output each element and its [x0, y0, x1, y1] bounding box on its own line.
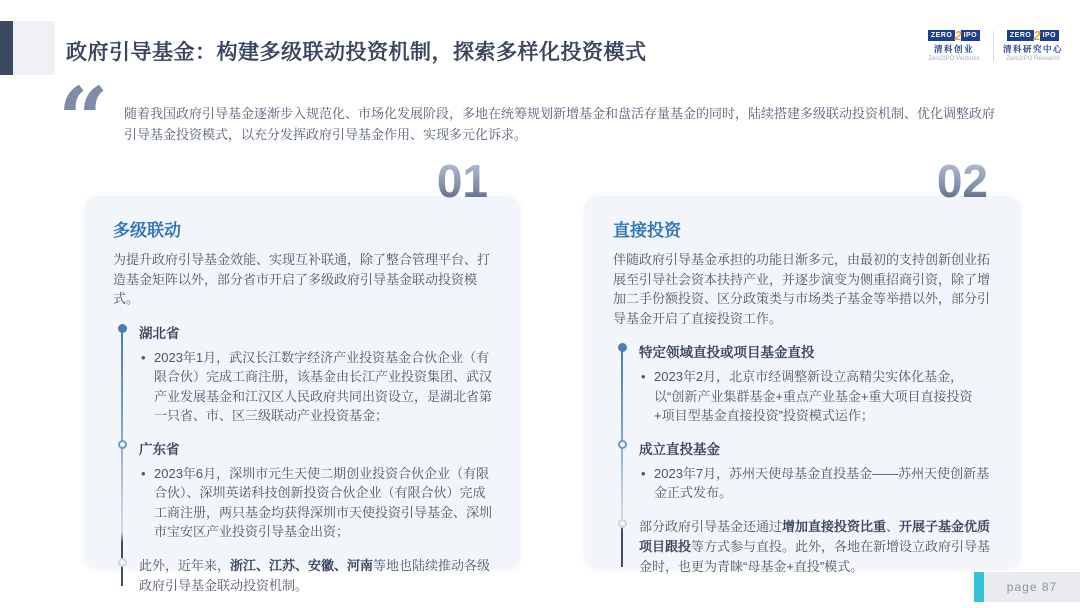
logo-two-text: 2 [1033, 31, 1040, 41]
timeline-heading-text: 广东省 [139, 442, 180, 457]
card-title: 直接投资 [613, 216, 992, 241]
timeline-item-direct-fund: 成立直投基金 2023年7月，苏州天使母基金直投基金——苏州天使创新基金正式发布… [639, 438, 992, 503]
quote-icon: “ [58, 90, 124, 148]
timeline-dot-filled-icon [618, 343, 627, 352]
logo-cn-label: 清科研究中心 [1003, 43, 1063, 55]
brand-logos: ZERO2IPO 清科创业 Zero2IPO Ventures ZERO2IPO… [923, 30, 1064, 62]
logo-en-label: Zero2IPO Research [1006, 56, 1059, 62]
timeline-heading-text: 成立直投基金 [639, 442, 720, 457]
timeline-bullet: 2023年7月，苏州天使母基金直投基金——苏州天使创新基金正式发布。 [639, 464, 992, 503]
intro-quote-block: “ 随着我国政府引导基金逐渐步入规范化、市场化发展阶段，多地在统筹规划新增基金和… [58, 90, 1018, 148]
timeline-heading: 湖北省 [139, 322, 492, 342]
timeline-dot-hollow-icon [118, 440, 127, 449]
timeline: 湖北省 2023年1月，武汉长江数字经济产业投资基金合伙企业（有限合伙）完成工商… [118, 322, 492, 596]
card-number-02: 02 [937, 154, 988, 208]
zero2ipo-ventures-logo: ZERO2IPO 清科创业 Zero2IPO Ventures [923, 30, 985, 62]
timeline-item-hubei: 湖北省 2023年1月，武汉长江数字经济产业投资基金合伙企业（有限合伙）完成工商… [139, 322, 492, 426]
timeline-dot-faint-icon [118, 558, 127, 567]
timeline-heading: 广东省 [139, 438, 492, 458]
card-title: 多级联动 [113, 216, 492, 241]
zero2ipo-badge-icon: ZERO2IPO [1007, 30, 1059, 41]
page-title: 政府引导基金：构建多级联动投资机制，探索多样化投资模式 [66, 36, 647, 66]
card-footnote: 此外，近年来，浙江、江苏、安徽、河南等地也陆续推动各级政府引导基金联动投资机制。 [139, 554, 492, 596]
timeline-heading-text: 湖北省 [139, 326, 180, 341]
logo-ipo-text: IPO [1040, 30, 1060, 41]
timeline-line [621, 348, 623, 567]
logo-zero-text: ZERO [1007, 30, 1034, 41]
card-multilevel-linkage: 01 多级联动 为提升政府引导基金效能、实现互补联通，除了整合管理平台、打造基金… [85, 196, 520, 567]
timeline-bullet: 2023年6月，深圳市元生天使二期创业投资合伙企业（有限合伙）、深圳英诺科技创新… [139, 464, 492, 542]
timeline-dot-faint-icon [618, 519, 627, 528]
card-number-01: 01 [437, 154, 488, 208]
zero2ipo-badge-icon: ZERO2IPO [928, 30, 980, 41]
timeline-dot-filled-icon [118, 324, 127, 333]
timeline-item-specific-field: 特定领域直投或项目基金直投 2023年2月，北京市经调整新设立高精尖实体化基金，… [639, 341, 992, 426]
timeline: 特定领域直投或项目基金直投 2023年2月，北京市经调整新设立高精尖实体化基金，… [618, 341, 992, 577]
intro-quote-text: 随着我国政府引导基金逐渐步入规范化、市场化发展阶段，多地在统筹规划新增基金和盘活… [124, 90, 1004, 148]
card-intro: 伴随政府引导基金承担的功能日渐多元，由最初的支持创新创业拓展至引导社会资本扶持产… [613, 250, 992, 328]
logo-zero-text: ZERO [928, 30, 955, 41]
logo-en-label: Zero2IPO Ventures [928, 56, 979, 62]
card-direct-investment: 02 直接投资 伴随政府引导基金承担的功能日渐多元，由最初的支持创新创业拓展至引… [585, 196, 1020, 567]
timeline-heading: 成立直投基金 [639, 438, 992, 458]
title-accent-bar-dark [0, 21, 13, 75]
timeline-dot-hollow-icon [618, 440, 627, 449]
title-accent-bar-light [13, 21, 55, 75]
logo-divider [993, 31, 994, 61]
page-footer: page 87 [974, 572, 1080, 602]
logo-cn-label: 清科创业 [934, 43, 974, 55]
timeline-item-guangdong: 广东省 2023年6月，深圳市元生天使二期创业投资合伙企业（有限合伙）、深圳英诺… [139, 438, 492, 542]
timeline-heading-text: 特定领域直投或项目基金直投 [639, 345, 815, 360]
card-footnote: 部分政府引导基金还通过增加直接投资比重、开展子基金优质项目跟投等方式参与直投。此… [639, 515, 992, 577]
logo-ipo-text: IPO [961, 30, 981, 41]
timeline-line [121, 329, 123, 586]
timeline-bullet: 2023年2月，北京市经调整新设立高精尖实体化基金，以“创新产业集群基金+重点产… [639, 367, 992, 426]
timeline-heading: 特定领域直投或项目基金直投 [639, 341, 992, 361]
logo-two-text: 2 [954, 31, 961, 41]
timeline-bullet: 2023年1月，武汉长江数字经济产业投资基金合伙企业（有限合伙）完成工商注册，该… [139, 348, 492, 426]
page-number: page 87 [984, 580, 1080, 594]
card-intro: 为提升政府引导基金效能、实现互补联通，除了整合管理平台、打造基金矩阵以外，部分省… [113, 250, 492, 309]
footer-accent-bar [974, 572, 984, 602]
zero2ipo-research-logo: ZERO2IPO 清科研究中心 Zero2IPO Research [1002, 30, 1064, 62]
